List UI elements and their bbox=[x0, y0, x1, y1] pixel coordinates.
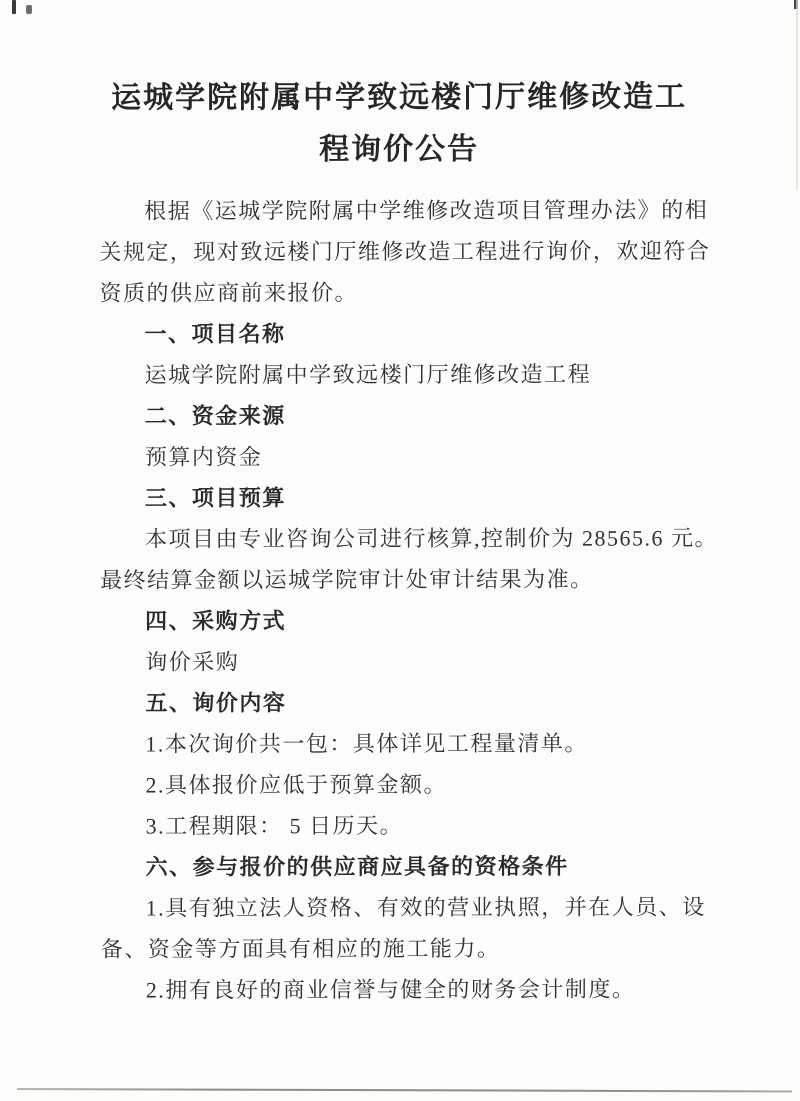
scan-edge-right bbox=[796, 0, 798, 190]
document-page: 运城学院附属中学致远楼门厅维修改造工 程询价公告 根据《运城学院附属中学维修改造… bbox=[0, 0, 800, 1101]
scan-speck-top-left-1 bbox=[12, 0, 16, 14]
intro-line-1: 根据《运城学院附属中学维修改造项目管理办法》的相 bbox=[99, 189, 741, 231]
inquiry-item-2: 2.具体报价应低于预算金额。 bbox=[100, 763, 742, 805]
inquiry-item-3: 3.工程期限： 5 日历天。 bbox=[101, 804, 743, 846]
heading-project-budget: 三、项目预算 bbox=[100, 476, 742, 518]
funding-source: 预算内资金 bbox=[100, 435, 742, 477]
heading-procurement-method: 四、采购方式 bbox=[100, 599, 742, 641]
qualification-item-1-line-1: 1.具有独立法人资格、有效的营业执照，并在人员、设 bbox=[101, 886, 743, 928]
procurement-method: 询价采购 bbox=[100, 640, 742, 682]
project-name: 运城学院附属中学致远楼门厅维修改造工程 bbox=[100, 353, 742, 395]
budget-line-2: 最终结算金额以运城学院审计处审计结果为准。 bbox=[100, 558, 742, 600]
document-title: 运城学院附属中学致远楼门厅维修改造工 程询价公告 bbox=[59, 71, 739, 176]
scan-speck-top-left-2 bbox=[26, 5, 32, 14]
intro-line-3: 资质的供应商前来报价。 bbox=[99, 271, 741, 313]
qualification-item-2: 2.拥有良好的商业信誉与健全的财务会计制度。 bbox=[101, 968, 743, 1010]
qualification-item-1-line-2: 备、资金等方面具有相应的施工能力。 bbox=[101, 927, 743, 969]
intro-line-2: 关规定，现对致远楼门厅维修改造工程进行询价，欢迎符合 bbox=[99, 230, 741, 272]
heading-project-name: 一、项目名称 bbox=[100, 312, 742, 354]
heading-supplier-qualifications: 六、参与报价的供应商应具备的资格条件 bbox=[101, 845, 743, 887]
heading-inquiry-content: 五、询价内容 bbox=[100, 681, 742, 723]
heading-funding-source: 二、资金来源 bbox=[100, 394, 742, 436]
budget-line-1: 本项目由专业咨询公司进行核算,控制价为 28565.6 元。 bbox=[100, 517, 742, 559]
scanned-document-page: { "document": { "title": "运城学院附属中学致远楼门厅维… bbox=[0, 0, 800, 1101]
document-title-line-1: 运城学院附属中学致远楼门厅维修改造工 bbox=[59, 71, 739, 124]
document-body: 根据《运城学院附属中学维修改造项目管理办法》的相 关规定，现对致远楼门厅维修改造… bbox=[99, 189, 743, 1010]
document-title-line-2: 程询价公告 bbox=[59, 123, 739, 176]
inquiry-item-1: 1.本次询价共一包：具体详见工程量清单。 bbox=[100, 722, 742, 764]
